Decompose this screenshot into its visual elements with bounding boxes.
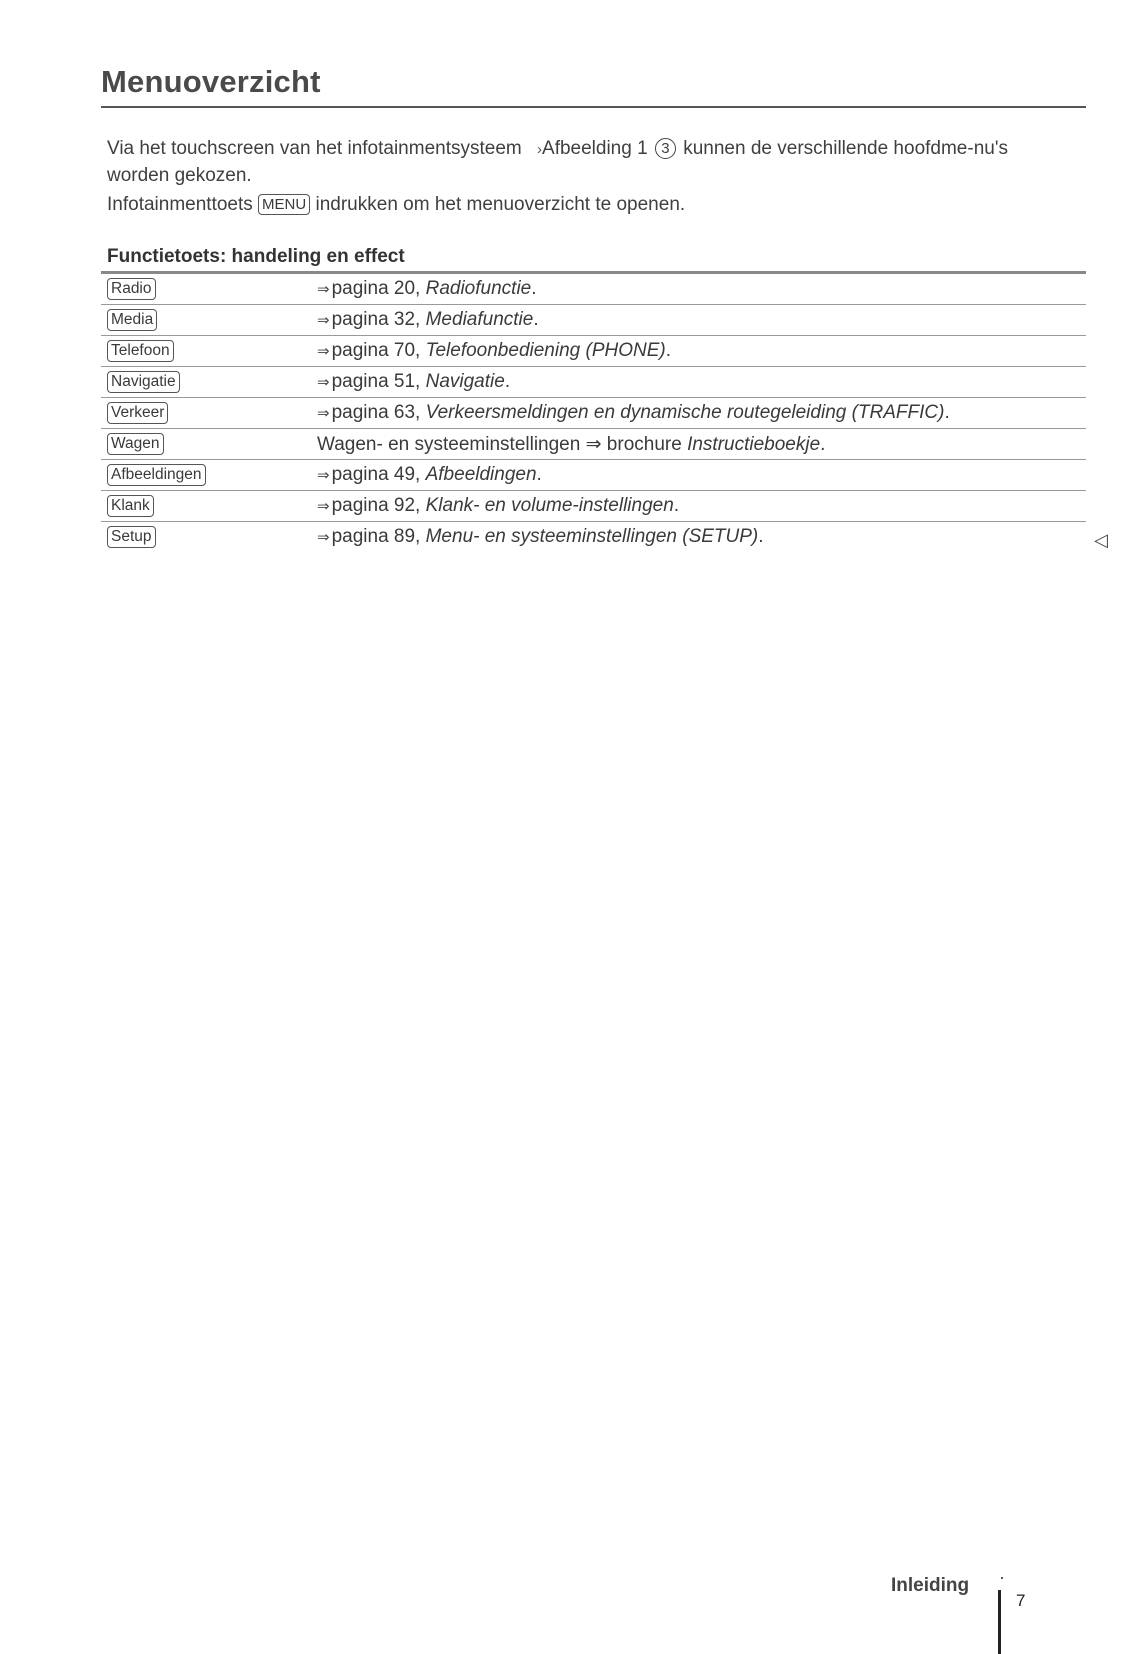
page-reference-arrow-icon: ⇒ — [317, 281, 330, 298]
title-divider — [101, 106, 1086, 108]
effect-reference-title[interactable]: Instructieboekje — [687, 434, 820, 455]
effect-cell: Wagen- en systeeminstellingen ⇒ brochure… — [317, 433, 1086, 456]
effect-reference-title[interactable]: Menu- en systeeminstellingen (SETUP) — [426, 526, 759, 547]
function-key-afbeeldingen: Afbeeldingen — [107, 464, 206, 486]
effect-text: pagina 32, — [332, 309, 426, 330]
effect-text: Wagen- en systeeminstellingen ⇒ brochure — [317, 434, 687, 455]
effect-cell: ⇒pagina 51, Navigatie. — [317, 371, 1086, 393]
function-key-telefoon: Telefoon — [107, 340, 174, 362]
effect-reference-title[interactable]: Verkeersmeldingen en dynamische routegel… — [426, 402, 945, 423]
effect-text: pagina 20, — [332, 278, 426, 299]
effect-suffix: . — [758, 526, 763, 547]
function-key-table: Functietoets: handeling en effect Radio⇒… — [101, 243, 1086, 552]
table-row: Media⇒pagina 32, Mediafunctie. — [101, 305, 1086, 336]
page-reference-arrow-icon: ⇒ — [317, 529, 330, 546]
function-key-verkeer: Verkeer — [107, 402, 168, 424]
intro-key-text: Infotainmenttoets — [107, 194, 253, 215]
figure-reference-link[interactable]: Afbeelding 1 — [542, 138, 648, 159]
table-row: Navigatie⇒pagina 51, Navigatie. — [101, 367, 1086, 398]
page-reference-arrow-icon: ⇒ — [317, 343, 330, 360]
menu-key-label: MENU — [258, 194, 310, 215]
function-key-cell: Media — [101, 309, 317, 331]
effect-reference-title[interactable]: Klank- en volume-instellingen — [426, 495, 674, 516]
effect-suffix: . — [537, 464, 542, 485]
effect-cell: ⇒pagina 89, Menu- en systeeminstellingen… — [317, 526, 1086, 548]
effect-text: pagina 92, — [332, 495, 426, 516]
table-row: Afbeeldingen⇒pagina 49, Afbeeldingen. — [101, 460, 1086, 491]
function-key-setup: Setup — [107, 526, 156, 548]
effect-cell: ⇒pagina 49, Afbeeldingen. — [317, 464, 1086, 486]
effect-text: pagina 63, — [332, 402, 426, 423]
table-row: Klank⇒pagina 92, Klank- en volume-instel… — [101, 491, 1086, 522]
page-reference-arrow-icon: ⇒ — [317, 312, 330, 329]
function-key-cell: Telefoon — [101, 340, 317, 362]
page-reference-arrow-icon: ⇒ — [317, 405, 330, 422]
page-reference-arrow-icon: ⇒ — [317, 374, 330, 391]
table-row: Setup⇒pagina 89, Menu- en systeeminstell… — [101, 522, 1086, 552]
function-key-cell: Wagen — [101, 433, 317, 455]
page-reference-arrow-icon: ⇒ — [317, 498, 330, 515]
page-reference-arrow-icon: ⇒ — [317, 467, 330, 484]
function-key-klank: Klank — [107, 495, 154, 517]
effect-suffix: . — [531, 278, 536, 299]
function-key-media: Media — [107, 309, 157, 331]
function-key-cell: Klank — [101, 495, 317, 517]
footer-dot — [1001, 1577, 1003, 1579]
effect-suffix: . — [505, 371, 510, 392]
effect-reference-title[interactable]: Afbeeldingen — [426, 464, 537, 485]
footer-divider-bar — [998, 1590, 1001, 1654]
effect-text: pagina 89, — [332, 526, 426, 547]
table-body: Radio⇒pagina 20, Radiofunctie.Media⇒pagi… — [101, 274, 1086, 552]
effect-suffix: . — [674, 495, 679, 516]
callout-number-icon: 3 — [655, 138, 676, 159]
footer-section-title: Inleiding — [891, 1575, 969, 1597]
effect-cell: ⇒pagina 32, Mediafunctie. — [317, 309, 1086, 331]
function-key-cell: Radio — [101, 278, 317, 300]
effect-suffix: . — [944, 402, 949, 423]
section-end-triangle-icon: ◁ — [1094, 530, 1108, 551]
table-row: Verkeer⇒pagina 63, Verkeersmeldingen en … — [101, 398, 1086, 429]
effect-suffix: . — [666, 340, 671, 361]
intro-key-action: indrukken om het menuoverzicht te openen… — [316, 194, 686, 215]
effect-text: pagina 49, — [332, 464, 426, 485]
effect-cell: ⇒pagina 20, Radiofunctie. — [317, 278, 1086, 300]
table-caption: Functietoets: handeling en effect — [101, 243, 1086, 271]
function-key-radio: Radio — [107, 278, 156, 300]
table-row: WagenWagen- en systeeminstellingen ⇒ bro… — [101, 429, 1086, 460]
function-key-wagen: Wagen — [107, 433, 164, 455]
effect-reference-title[interactable]: Mediafunctie — [426, 309, 534, 330]
function-key-cell: Navigatie — [101, 371, 317, 393]
effect-text: pagina 51, — [332, 371, 426, 392]
table-row: Radio⇒pagina 20, Radiofunctie. — [101, 274, 1086, 305]
function-key-cell: Verkeer — [101, 402, 317, 424]
effect-cell: ⇒pagina 92, Klank- en volume-instellinge… — [317, 495, 1086, 517]
effect-cell: ⇒pagina 70, Telefoonbediening (PHONE). — [317, 340, 1086, 362]
intro-paragraph-1: Via het touchscreen van het infotainment… — [107, 136, 1067, 189]
intro-text: Via het touchscreen van het infotainment… — [107, 136, 1067, 218]
effect-suffix: . — [820, 434, 825, 455]
intro-text-start: Via het touchscreen van het infotainment… — [107, 138, 522, 159]
function-key-cell: Setup — [101, 526, 317, 548]
function-key-navigatie: Navigatie — [107, 371, 180, 393]
effect-text: pagina 70, — [332, 340, 426, 361]
function-key-cell: Afbeeldingen — [101, 464, 317, 486]
table-row: Telefoon⇒pagina 70, Telefoonbediening (P… — [101, 336, 1086, 367]
effect-cell: ⇒pagina 63, Verkeersmeldingen en dynamis… — [317, 402, 1086, 424]
effect-reference-title[interactable]: Radiofunctie — [426, 278, 532, 299]
page-title: Menuoverzicht — [101, 64, 321, 100]
page-number: 7 — [1016, 1591, 1025, 1611]
effect-reference-title[interactable]: Telefoonbediening (PHONE) — [426, 340, 666, 361]
intro-paragraph-2: Infotainmenttoets MENU indrukken om het … — [107, 192, 1067, 218]
effect-suffix: . — [533, 309, 538, 330]
effect-reference-title[interactable]: Navigatie — [426, 371, 505, 392]
